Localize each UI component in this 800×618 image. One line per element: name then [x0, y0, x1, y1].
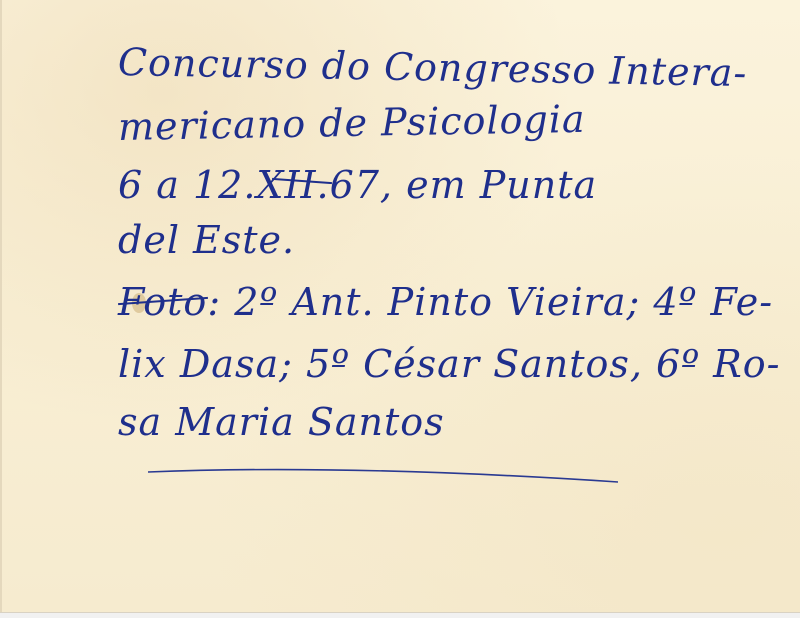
handwritten-line-2: mericano de Psicologia: [118, 97, 586, 149]
handwritten-line-3: 6 a 12.XII.67, em Punta: [118, 163, 597, 207]
handwritten-line-7: sa Maria Santos: [118, 400, 445, 444]
scan-bottom-edge: [0, 612, 800, 618]
handwritten-line-4: del Este.: [118, 218, 295, 262]
paper-card: Concurso do Congresso Intera- mericano d…: [0, 0, 800, 612]
handwritten-line-5: Foto: 2º Ant. Pinto Vieira; 4º Fe-: [118, 280, 773, 324]
closing-underline: [148, 466, 618, 484]
handwritten-line-6: lix Dasa; 5º César Santos, 6º Ro-: [118, 342, 781, 386]
handwritten-line-1: Concurso do Congresso Intera-: [118, 40, 748, 95]
